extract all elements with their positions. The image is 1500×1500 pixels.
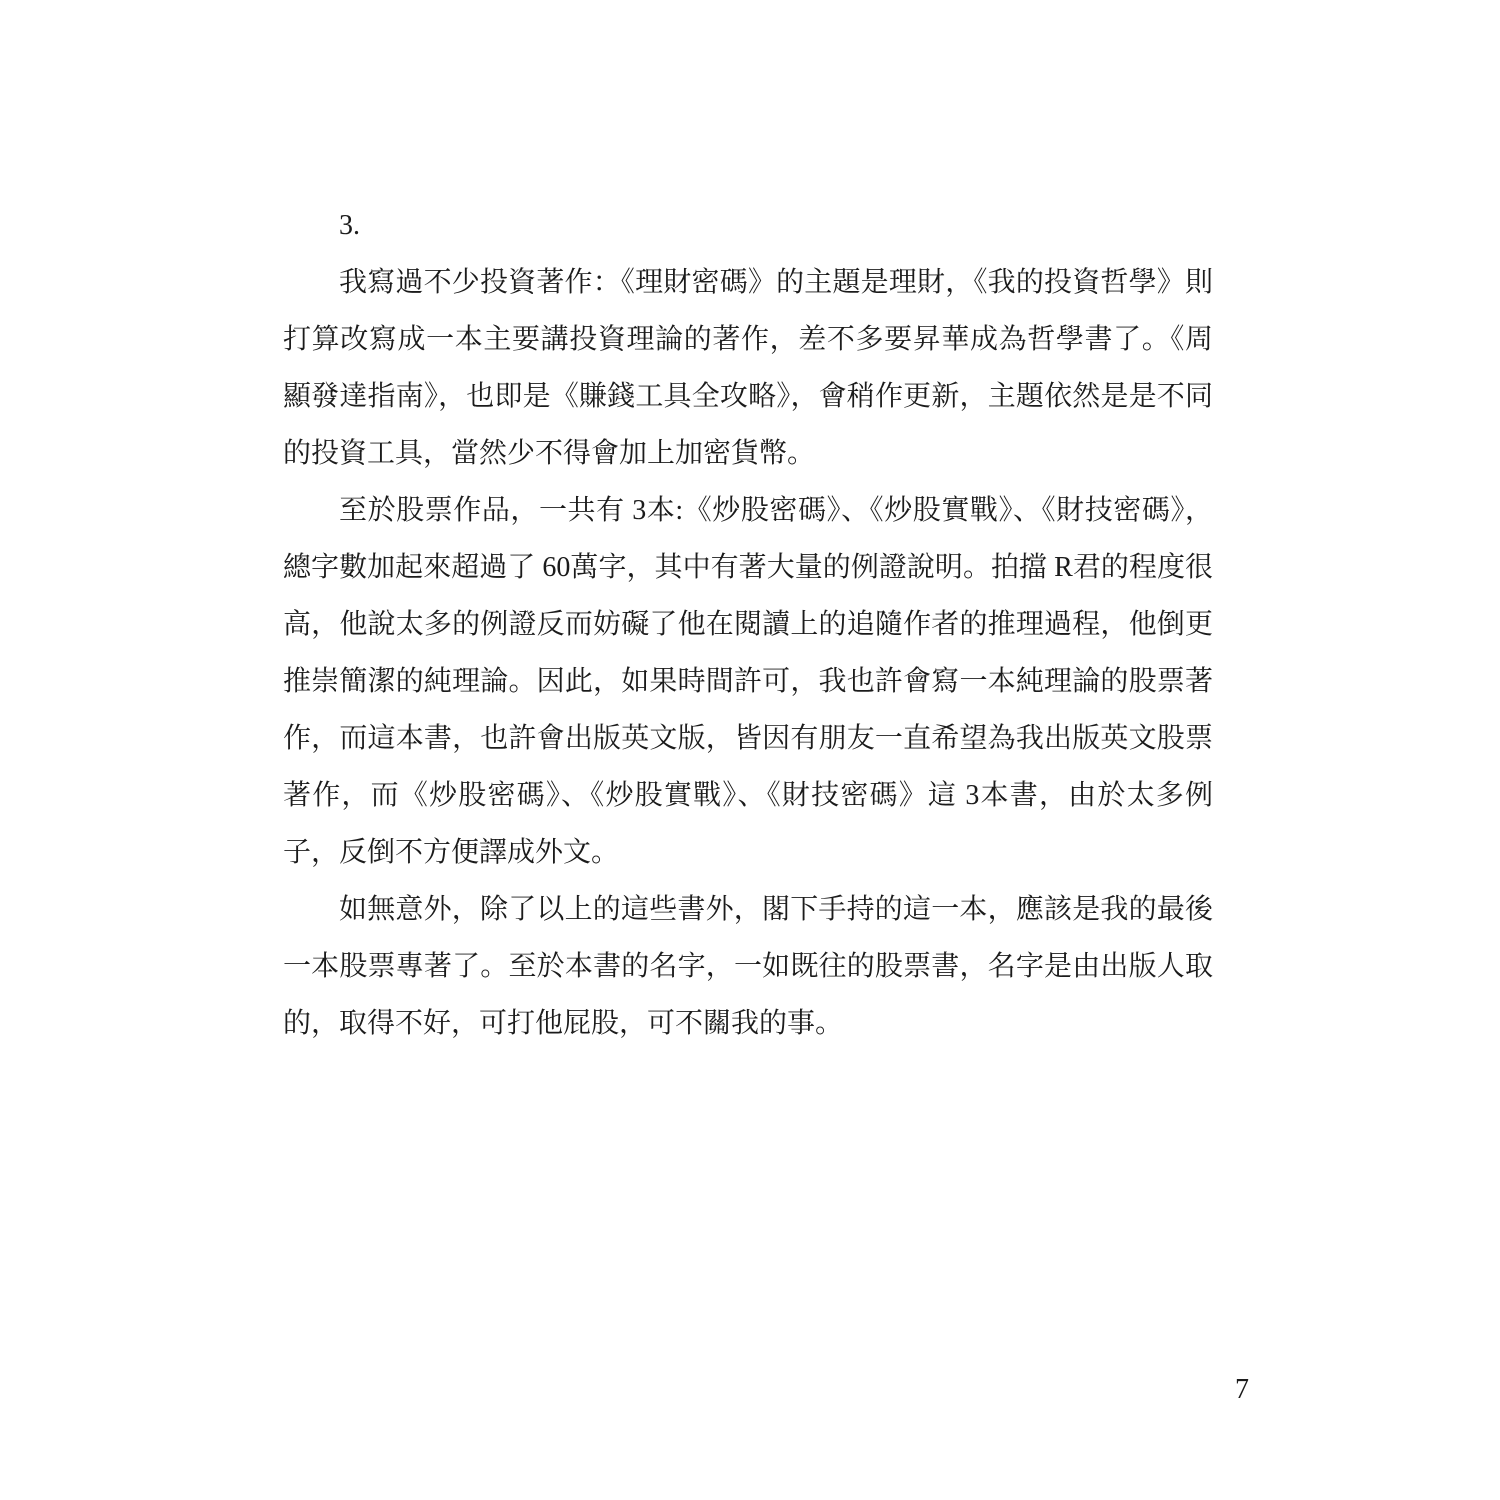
- page-number: 7: [1222, 1372, 1262, 1408]
- paragraph-1: 我寫過不少投資著作：《理財密碼》的主題是理財，《我的投資哲學》則打算改寫成一本主…: [283, 254, 1213, 482]
- section-number: 3.: [283, 197, 1213, 254]
- document-page: 3. 我寫過不少投資著作：《理財密碼》的主題是理財，《我的投資哲學》則打算改寫成…: [0, 0, 1500, 1500]
- paragraph-2: 至於股票作品，一共有 3本:《炒股密碼》、《炒股實戰》、《財技密碼》，總字數加起…: [283, 482, 1213, 881]
- paragraph-3: 如無意外，除了以上的這些書外，閣下手持的這一本，應該是我的最後一本股票專著了。至…: [283, 881, 1213, 1052]
- text-block: 3. 我寫過不少投資著作：《理財密碼》的主題是理財，《我的投資哲學》則打算改寫成…: [283, 197, 1213, 1052]
